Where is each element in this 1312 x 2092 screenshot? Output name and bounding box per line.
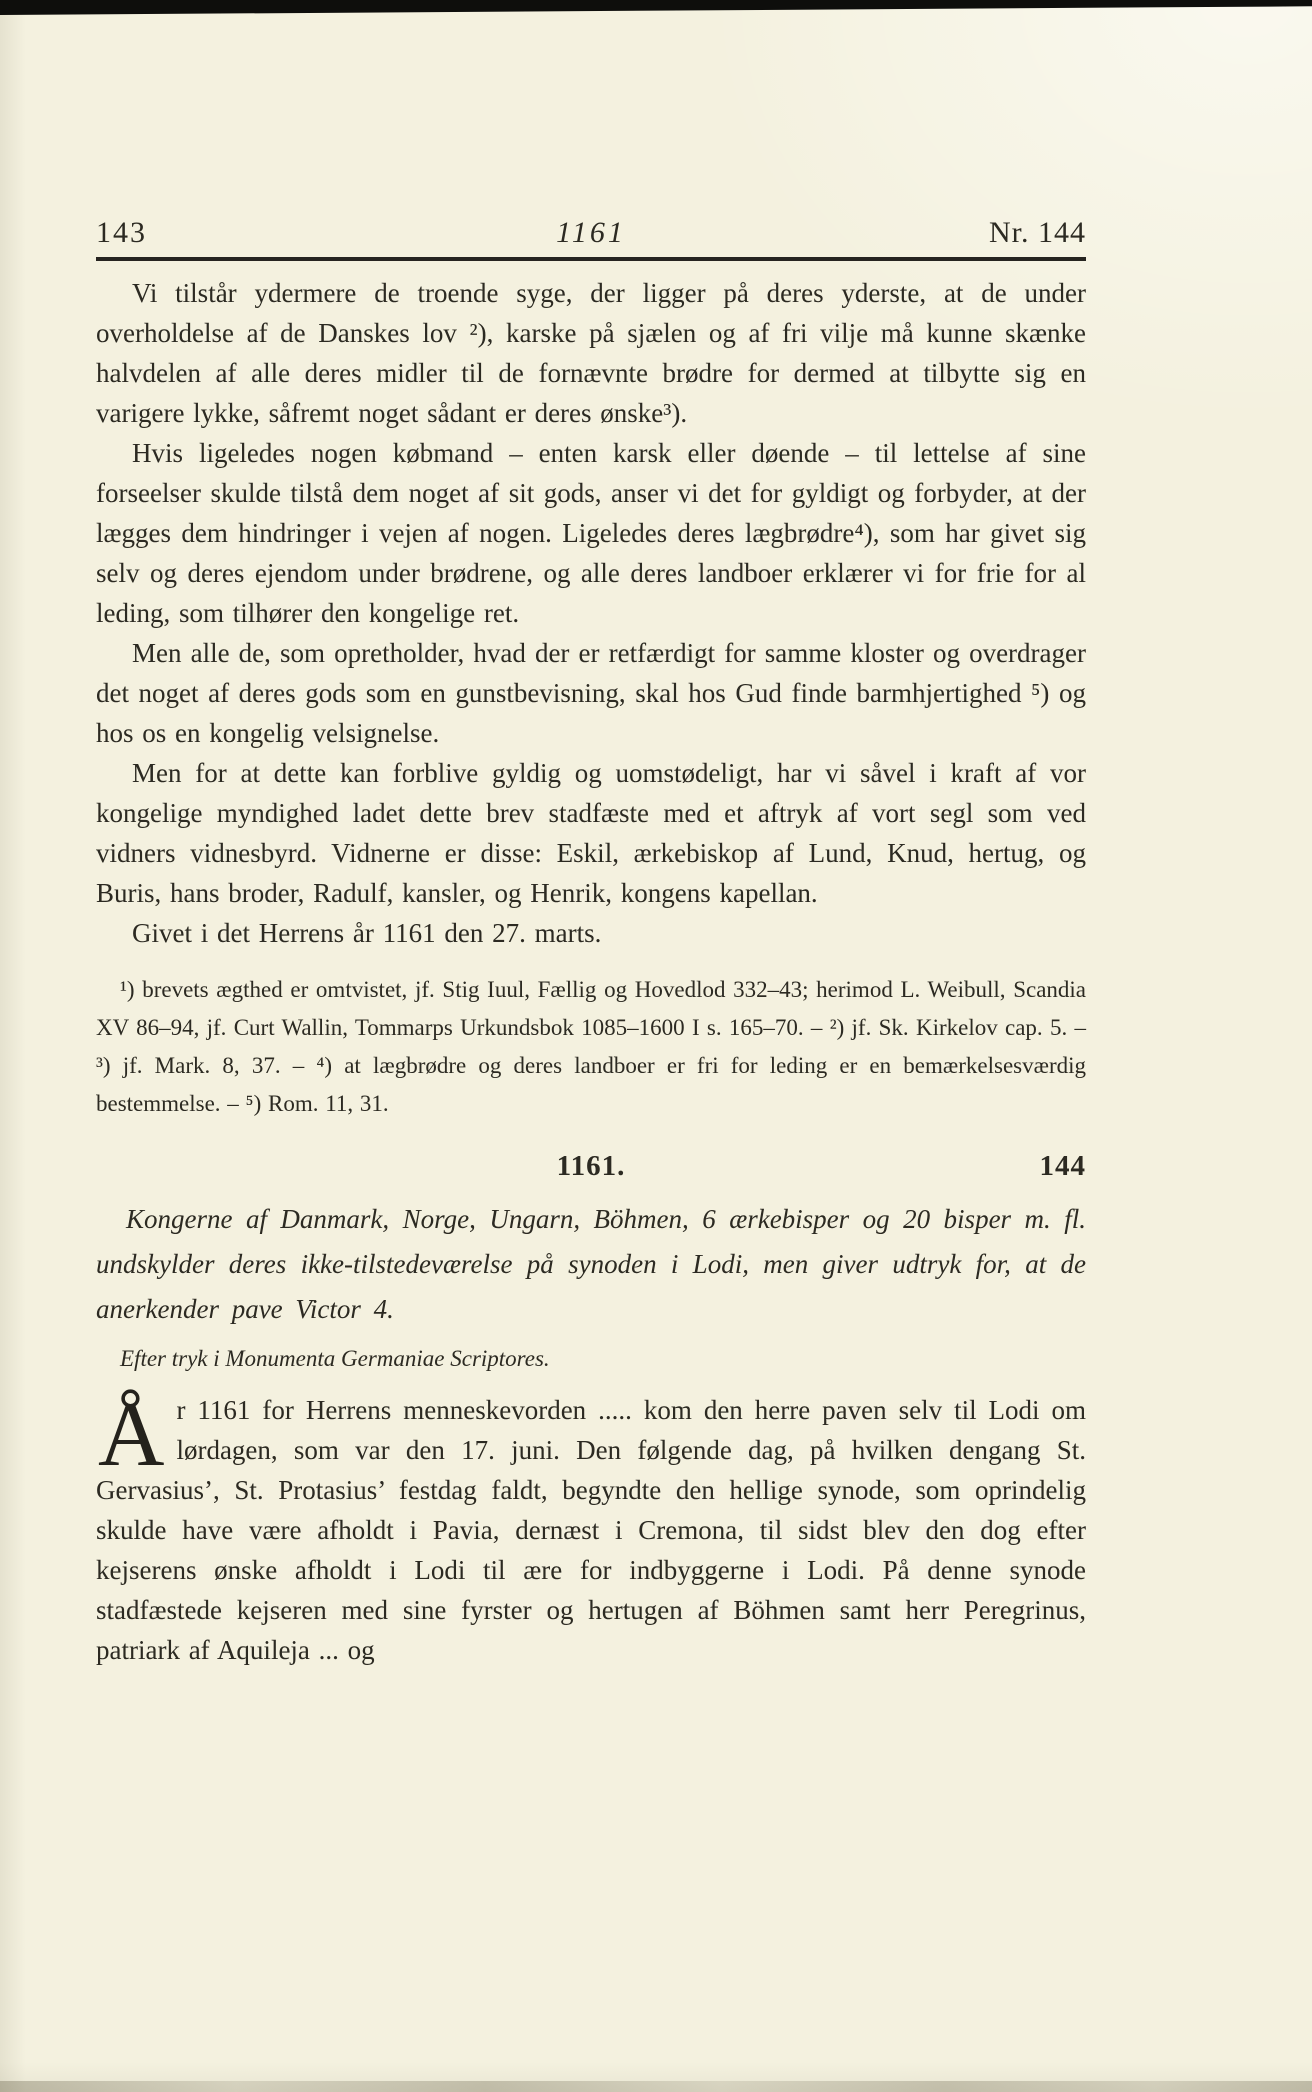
book-page: 143 1161 Nr. 144 Vi tilstår ydermere de … <box>0 0 1312 2092</box>
paragraph-3: Men alle de, som opretholder, hvad der e… <box>96 633 1086 753</box>
document-summary: Kongerne af Danmark, Norge, Ungarn, Böhm… <box>96 1197 1086 1332</box>
running-header: 143 1161 Nr. 144 <box>96 216 1086 250</box>
header-rule <box>96 257 1086 261</box>
page-number: 143 <box>96 216 556 250</box>
source-note: Efter tryk i Monumenta Germaniae Scripto… <box>96 1344 1086 1374</box>
dropcap-letter: Å <box>96 1390 176 1470</box>
document-year-heading: 1161. <box>557 1149 626 1183</box>
dateline: Givet i det Herrens år 1161 den 27. mart… <box>96 913 1086 953</box>
document-ref: Nr. 144 <box>626 216 1086 250</box>
page-content: 143 1161 Nr. 144 Vi tilstår ydermere de … <box>96 0 1086 1670</box>
document-144-block: 1161. 144 Kongerne af Danmark, Norge, Un… <box>96 1149 1086 1670</box>
paragraph-1: Vi tilstår ydermere de troende syge, der… <box>96 273 1086 433</box>
document-143-text-block: Vi tilstår ydermere de troende syge, der… <box>96 273 1086 1123</box>
document-144-heading: 1161. 144 <box>96 1149 1086 1183</box>
document-144-text: r 1161 for Herrens menneskevorden ..... … <box>96 1395 1086 1665</box>
running-title-year: 1161 <box>556 216 626 250</box>
document-number: 144 <box>625 1149 1086 1183</box>
footnotes: ¹) brevets ægthed er omtvistet, jf. Stig… <box>96 971 1086 1123</box>
paragraph-2: Hvis ligeledes nogen købmand – enten kar… <box>96 433 1086 633</box>
scan-artifact-bottom-edge <box>0 2081 1312 2092</box>
document-144-body: År 1161 for Herrens menneskevorden .....… <box>96 1390 1086 1670</box>
paragraph-4: Men for at dette kan forblive gyldig og … <box>96 753 1086 913</box>
